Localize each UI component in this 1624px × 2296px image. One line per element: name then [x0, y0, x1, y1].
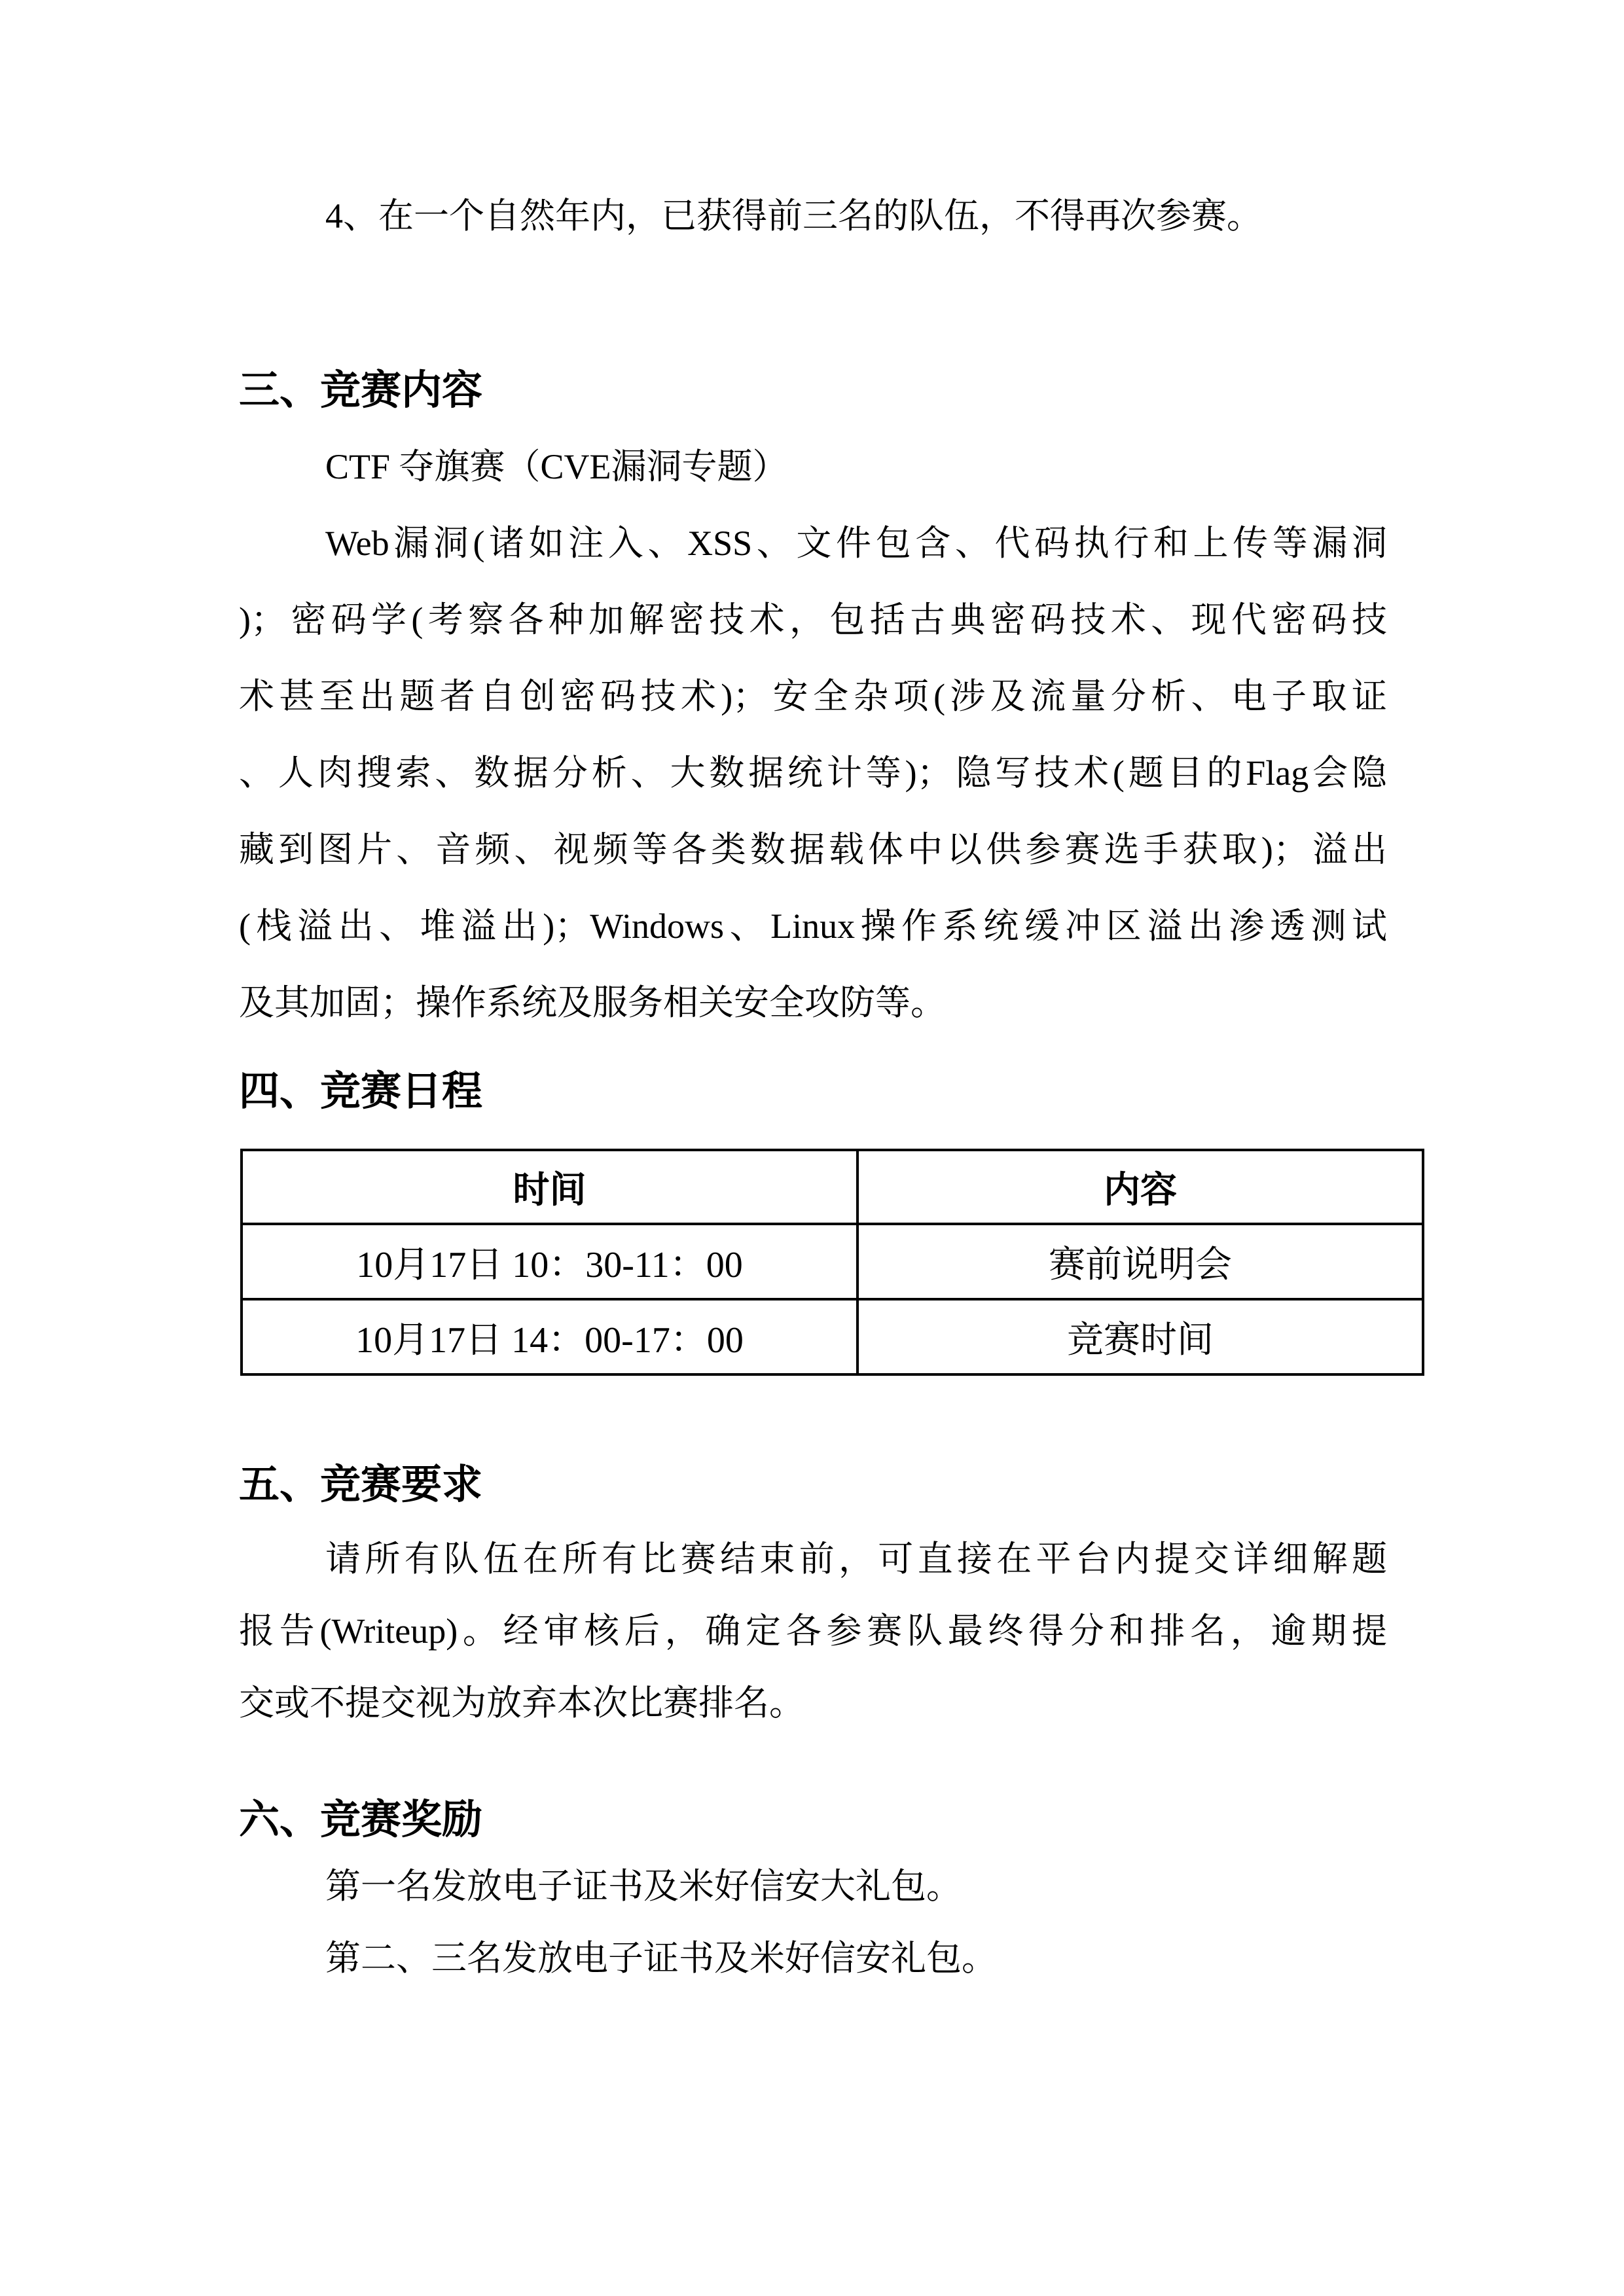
table-header-time: 时间: [242, 1150, 857, 1224]
table-cell-content: 竞赛时间: [857, 1299, 1423, 1374]
section3-paragraph-line: 术甚至出题者自创密码技术)；安全杂项(涉及流量分析、电子取证: [239, 675, 1387, 721]
table-header-content: 内容: [857, 1150, 1423, 1224]
table-row: 10月17日 14：00-17：00 竞赛时间: [242, 1299, 1423, 1374]
section3-heading: 三、竞赛内容: [239, 368, 482, 414]
section3-paragraph-line: )；密码学(考察各种加解密技术，包括古典密码技术、现代密码技: [239, 599, 1387, 645]
section5-paragraph-line: 报告(Writeup)。经审核后，确定各参赛队最终得分和排名，逾期提: [239, 1610, 1387, 1656]
schedule-table: 时间 内容 10月17日 10：30-11：00 赛前说明会 10月17日 14…: [240, 1149, 1424, 1376]
rule-item-4: 4、在一个自然年内，已获得前三名的队伍，不得再次参赛。: [325, 195, 1262, 237]
document-page: 4、在一个自然年内，已获得前三名的队伍，不得再次参赛。 三、竞赛内容 CTF 夺…: [0, 0, 1624, 2296]
section5-paragraph-line: 请所有队伍在所有比赛结束前，可直接在平台内提交详细解题: [325, 1538, 1387, 1584]
table-header-row: 时间 内容: [242, 1150, 1423, 1224]
section6-award-line-2: 第二、三名发放电子证书及米好信安礼包。: [325, 1937, 997, 1979]
section3-paragraph-line: 藏到图片、音频、视频等各类数据载体中以供参赛选手获取)；溢出: [239, 829, 1387, 874]
section3-subtitle: CTF 夺旗赛（CVE漏洞专题）: [325, 446, 788, 488]
table-cell-time: 10月17日 14：00-17：00: [242, 1299, 857, 1374]
section3-paragraph-line: Web漏洞(诸如注入、XSS、文件包含、代码执行和上传等漏洞: [325, 522, 1387, 568]
section6-award-line-1: 第一名发放电子证书及米好信安大礼包。: [325, 1865, 962, 1907]
section3-paragraph-line: 、人肉搜索、数据分析、大数据统计等)；隐写技术(题目的Flag会隐: [239, 752, 1387, 798]
section5-heading: 五、竞赛要求: [239, 1462, 482, 1508]
section6-heading: 六、竞赛奖励: [239, 1797, 482, 1843]
table-cell-content: 赛前说明会: [857, 1224, 1423, 1299]
section3-paragraph-line: 及其加固；操作系统及服务相关安全攻防等。: [239, 982, 946, 1024]
table-row: 10月17日 10：30-11：00 赛前说明会: [242, 1224, 1423, 1299]
section4-heading: 四、竞赛日程: [239, 1069, 482, 1115]
section5-paragraph-line: 交或不提交视为放弃本次比赛排名。: [239, 1682, 804, 1724]
section3-paragraph-line: (栈溢出、堆溢出)；Windows、Linux操作系统缓冲区溢出渗透测试: [239, 905, 1387, 951]
table-cell-time: 10月17日 10：30-11：00: [242, 1224, 857, 1299]
